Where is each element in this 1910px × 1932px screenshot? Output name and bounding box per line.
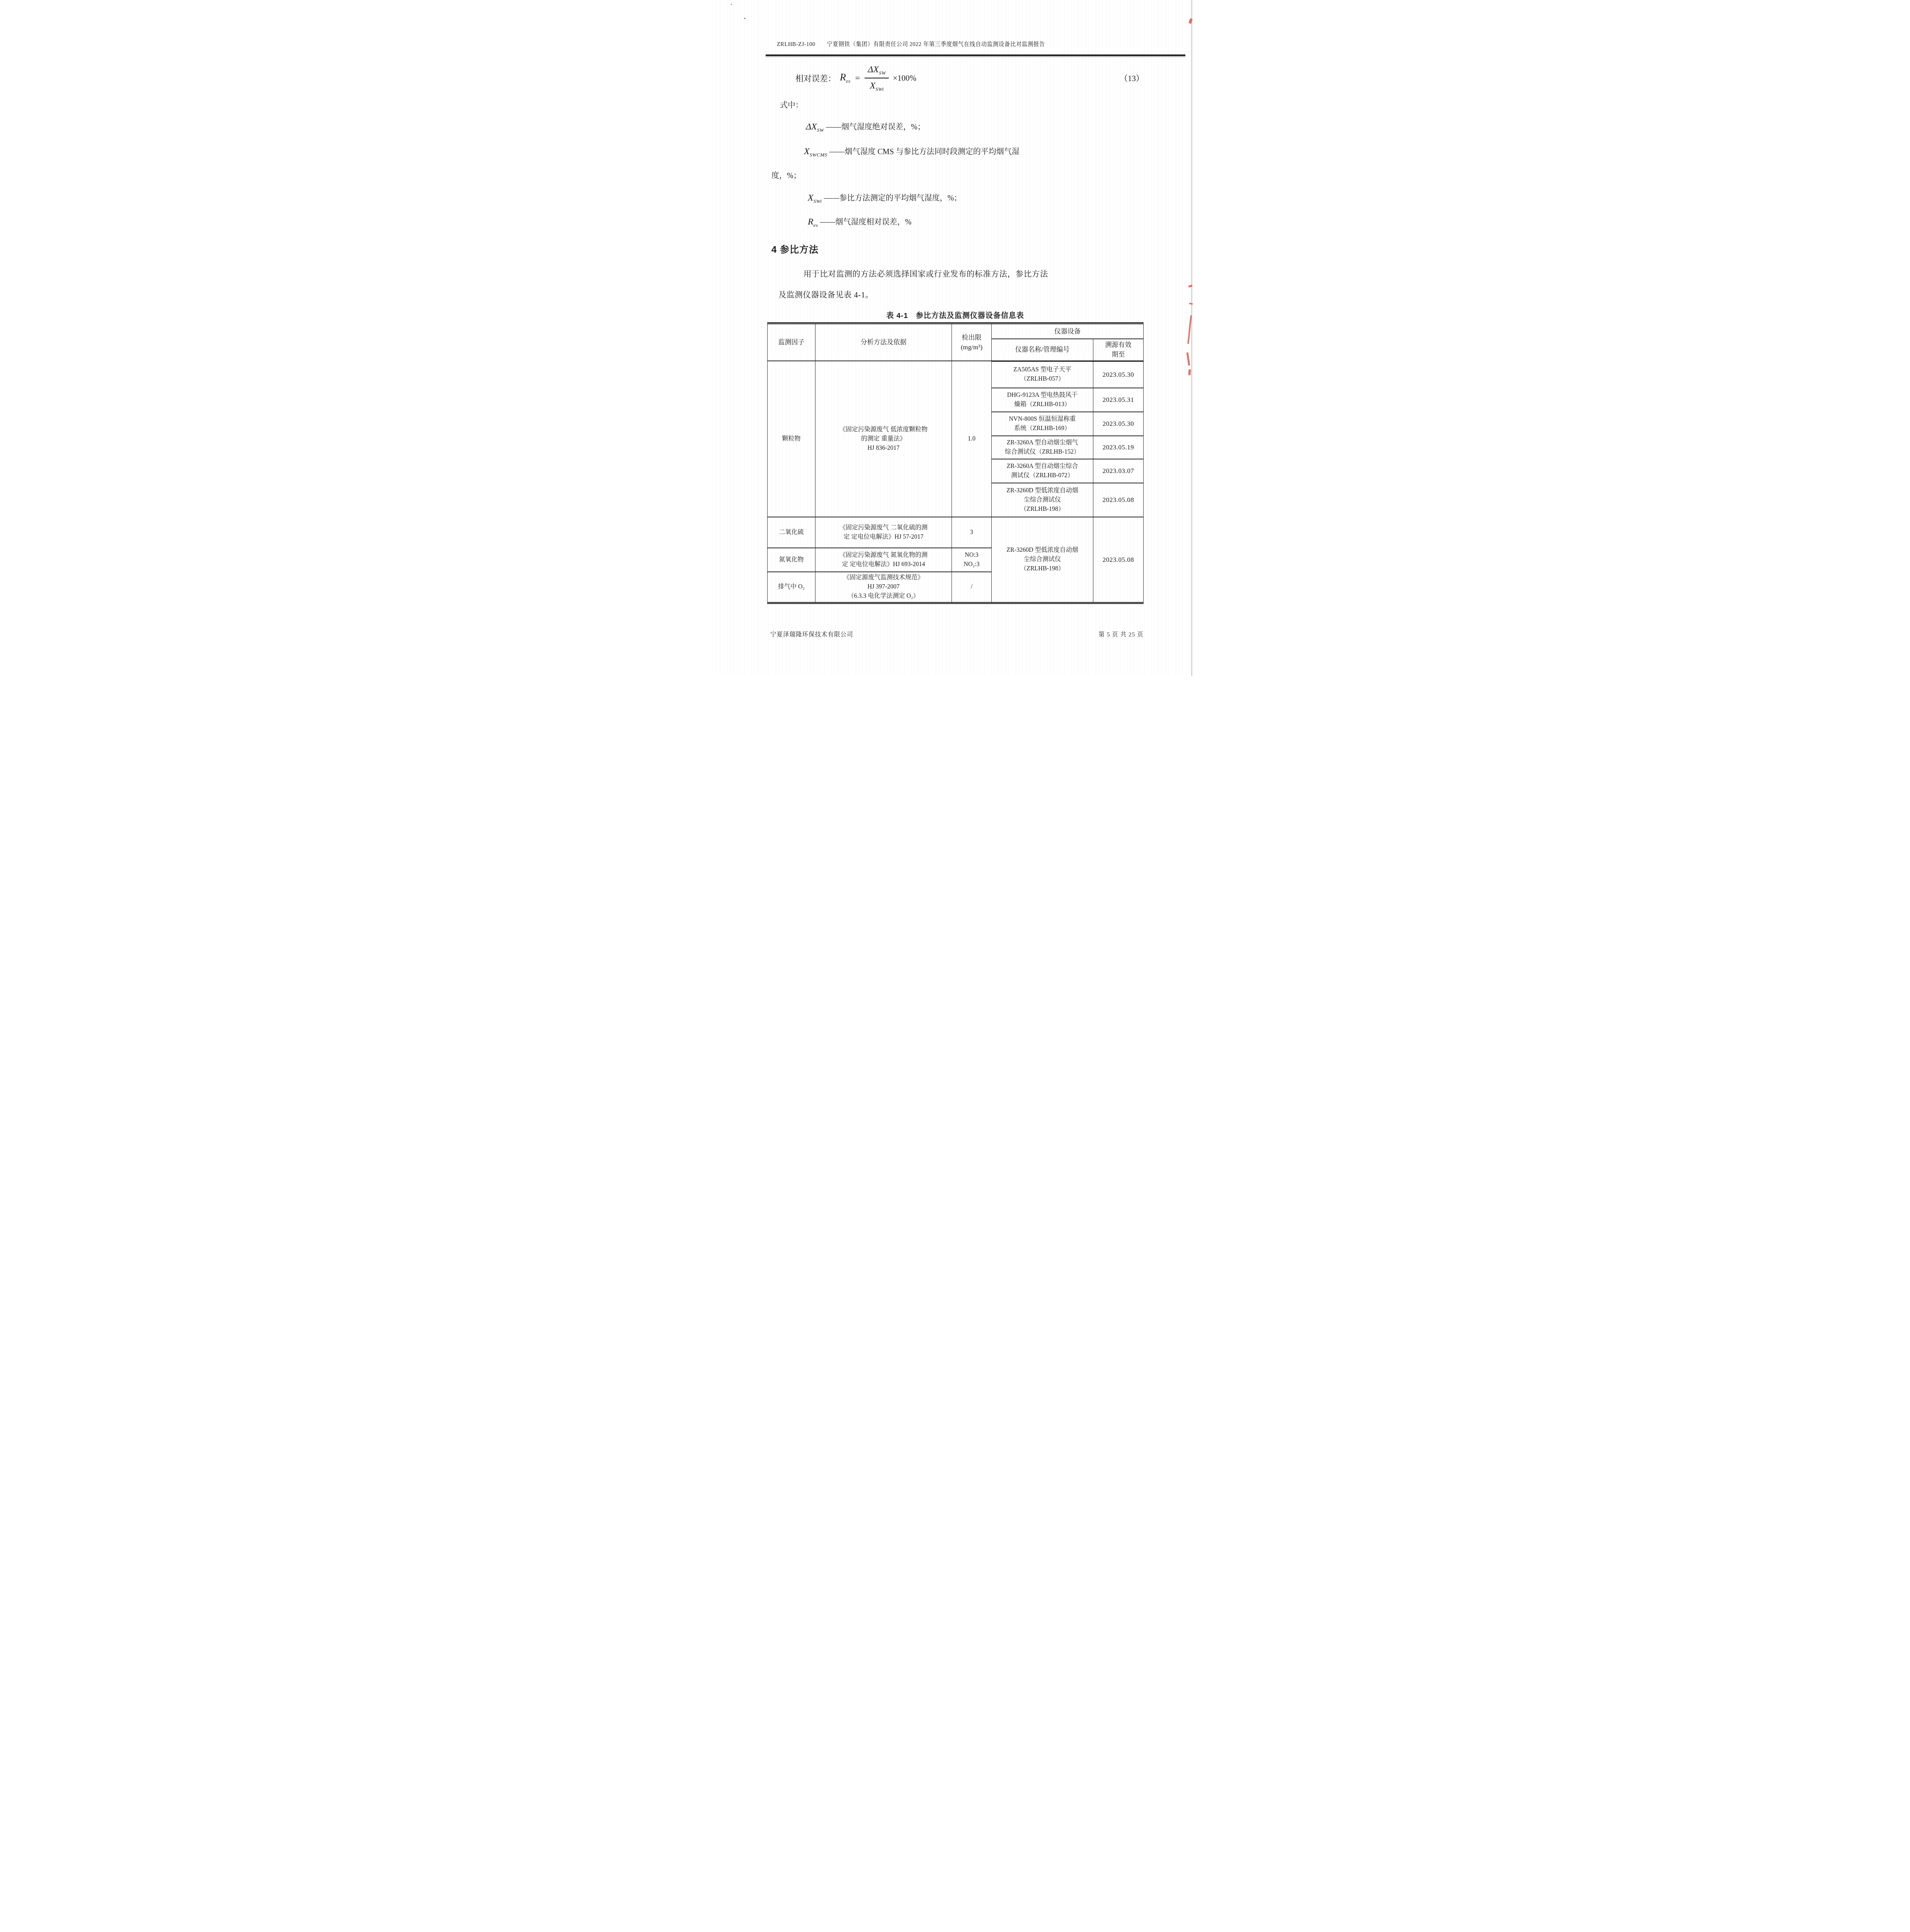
document-code: ZRLHB-ZJ-100	[777, 41, 815, 48]
limit-so2: 3	[952, 517, 992, 548]
method-o2: 《固定源废气监测技术规范》 HJ 397-2007 （6.3.3 电化学法测定 …	[815, 572, 952, 603]
equals-sign: =	[855, 73, 861, 83]
col-header-trace-date: 溯源有效 期至	[1093, 339, 1144, 361]
instrument-name: DHG-9123A 型电热鼓风干 燥箱（ZRLHB-013）	[992, 388, 1093, 412]
symbol: XSWi	[808, 193, 822, 203]
formula-multiplier: ×100%	[893, 73, 916, 83]
document-title: 宁夏钢铁（集团）有限责任公司 2022 年第三季度烟气在线自动监测设备比对监测报…	[827, 40, 1045, 48]
fraction: ΔXSW XSWi	[865, 65, 889, 92]
formula-label: 相对误差：	[795, 72, 836, 84]
limit-o2: /	[952, 572, 992, 603]
fraction-denominator: XSWi	[867, 78, 887, 92]
col-header-limit: 检出限 (mg/m³)	[952, 323, 992, 361]
factor-nox: 氮氧化物	[768, 548, 815, 572]
red-ink-mark	[731, 4, 732, 5]
definition-res: Res ——烟气湿度相对误差，%	[808, 216, 911, 228]
trace-date-shared: 2023.05.08	[1093, 517, 1144, 603]
symbol: Res	[808, 217, 818, 227]
result-variable: Res	[840, 72, 851, 83]
instrument-name-shared: ZR-3260D 型低浓度自动烟 尘综合测试仪 （ZRLHB-198）	[992, 517, 1093, 603]
instrument-name: ZR-3260D 型低浓度自动烟 尘综合测试仪 （ZRLHB-198）	[992, 483, 1093, 517]
section-heading: 4 参比方法	[771, 242, 819, 255]
page-footer: 宁夏泽瑞隆环保技术有限公司 第 5 页 共 25 页	[770, 630, 1144, 638]
section-paragraph-line2: 及监测仪器设备见表 4-1。	[778, 288, 873, 300]
trace-date: 2023.05.31	[1093, 388, 1144, 412]
definition-xswcms: XSWCMS ——烟气湿度 CMS 与参比方法同时段测定的平均烟气湿	[804, 145, 1020, 157]
factor-o2: 排气中 O₂	[768, 572, 815, 603]
trace-date: 2023.05.19	[1093, 436, 1144, 459]
method-so2: 《固定污染源废气 二氧化硫的测 定 定电位电解法》HJ 57-2017	[815, 517, 952, 548]
factor-so2: 二氧化硫	[768, 517, 815, 548]
definition-delta-xsw: ΔXSW ——烟气湿度绝对误差，%；	[806, 121, 925, 133]
table-row: 颗粒物 《固定污染源废气 低浓度颗粒物 的测定 重量法》 HJ 836-2017…	[768, 361, 1144, 388]
col-header-equipment: 仪器设备	[992, 323, 1144, 339]
definition-continuation: 度，%；	[771, 169, 801, 180]
section-paragraph-line1: 用于比对监测的方法必须选择国家或行业发布的标准方法，参比方法	[803, 267, 1048, 279]
fraction-numerator: ΔXSW	[865, 65, 889, 78]
definition-xswi: XSWi ——参比方法测定的平均烟气湿度，%；	[808, 192, 962, 204]
col-header-instrument-name: 仪器名称/管理编号	[992, 339, 1093, 361]
reference-method-table: 监测因子 分析方法及依据 检出限 (mg/m³) 仪器设备 仪器名称/管理编号 …	[767, 322, 1144, 604]
symbol: ΔXSW	[806, 122, 824, 132]
symbol: XSWCMS	[804, 146, 827, 156]
red-ink-mark	[744, 18, 746, 19]
footer-company: 宁夏泽瑞隆环保技术有限公司	[770, 630, 853, 638]
method-nox: 《固定污染源废气 氮氧化物的测 定 定电位电解法》HJ 693-2014	[815, 548, 952, 572]
red-ink-mark	[1189, 303, 1193, 305]
trace-date: 2023.05.08	[1093, 483, 1144, 517]
instrument-name: ZR-3260A 型自动烟尘综合 测试仪（ZRLHB-072）	[992, 459, 1093, 483]
instrument-name: ZA505AS 型电子天平 （ZRLHB-057）	[992, 361, 1093, 388]
red-ink-mark	[1188, 369, 1191, 375]
relative-error-formula: 相对误差： Res = ΔXSW XSWi ×100% （13）	[795, 58, 1144, 98]
header-rule	[766, 54, 1185, 56]
factor-particulate: 颗粒物	[768, 361, 815, 517]
scan-edge-line	[1191, 0, 1192, 676]
report-page: ZRLHB-ZJ-100 宁夏钢铁（集团）有限责任公司 2022 年第三季度烟气…	[716, 0, 1194, 676]
trace-date: 2023.03.07	[1093, 459, 1144, 483]
limit-nox: NO:3 NO₂:3	[952, 548, 992, 572]
page-header: ZRLHB-ZJ-100 宁夏钢铁（集团）有限责任公司 2022 年第三季度烟气…	[777, 40, 1171, 48]
equation-number: （13）	[1120, 72, 1144, 84]
red-ink-mark	[1187, 352, 1190, 366]
col-header-method: 分析方法及依据	[815, 323, 952, 361]
instrument-name: ZR-3260A 型自动烟尘烟气 综合测试仪（ZRLHB-152）	[992, 436, 1093, 459]
instrument-name: NVN-800S 恒温恒湿称重 系统（ZRLHB-169）	[992, 412, 1093, 436]
limit-particulate: 1.0	[952, 361, 992, 517]
col-header-factor: 监测因子	[768, 323, 815, 361]
trace-date: 2023.05.30	[1093, 361, 1144, 388]
trace-date: 2023.05.30	[1093, 412, 1144, 436]
table-caption: 表 4-1 参比方法及监测仪器设备信息表	[767, 310, 1143, 320]
footer-page-number: 第 5 页 共 25 页	[1098, 630, 1144, 638]
where-label: 式中：	[780, 99, 803, 110]
method-particulate: 《固定污染源废气 低浓度颗粒物 的测定 重量法》 HJ 836-2017	[815, 361, 952, 517]
table-row: 二氧化硫 《固定污染源废气 二氧化硫的测 定 定电位电解法》HJ 57-2017…	[768, 517, 1144, 548]
